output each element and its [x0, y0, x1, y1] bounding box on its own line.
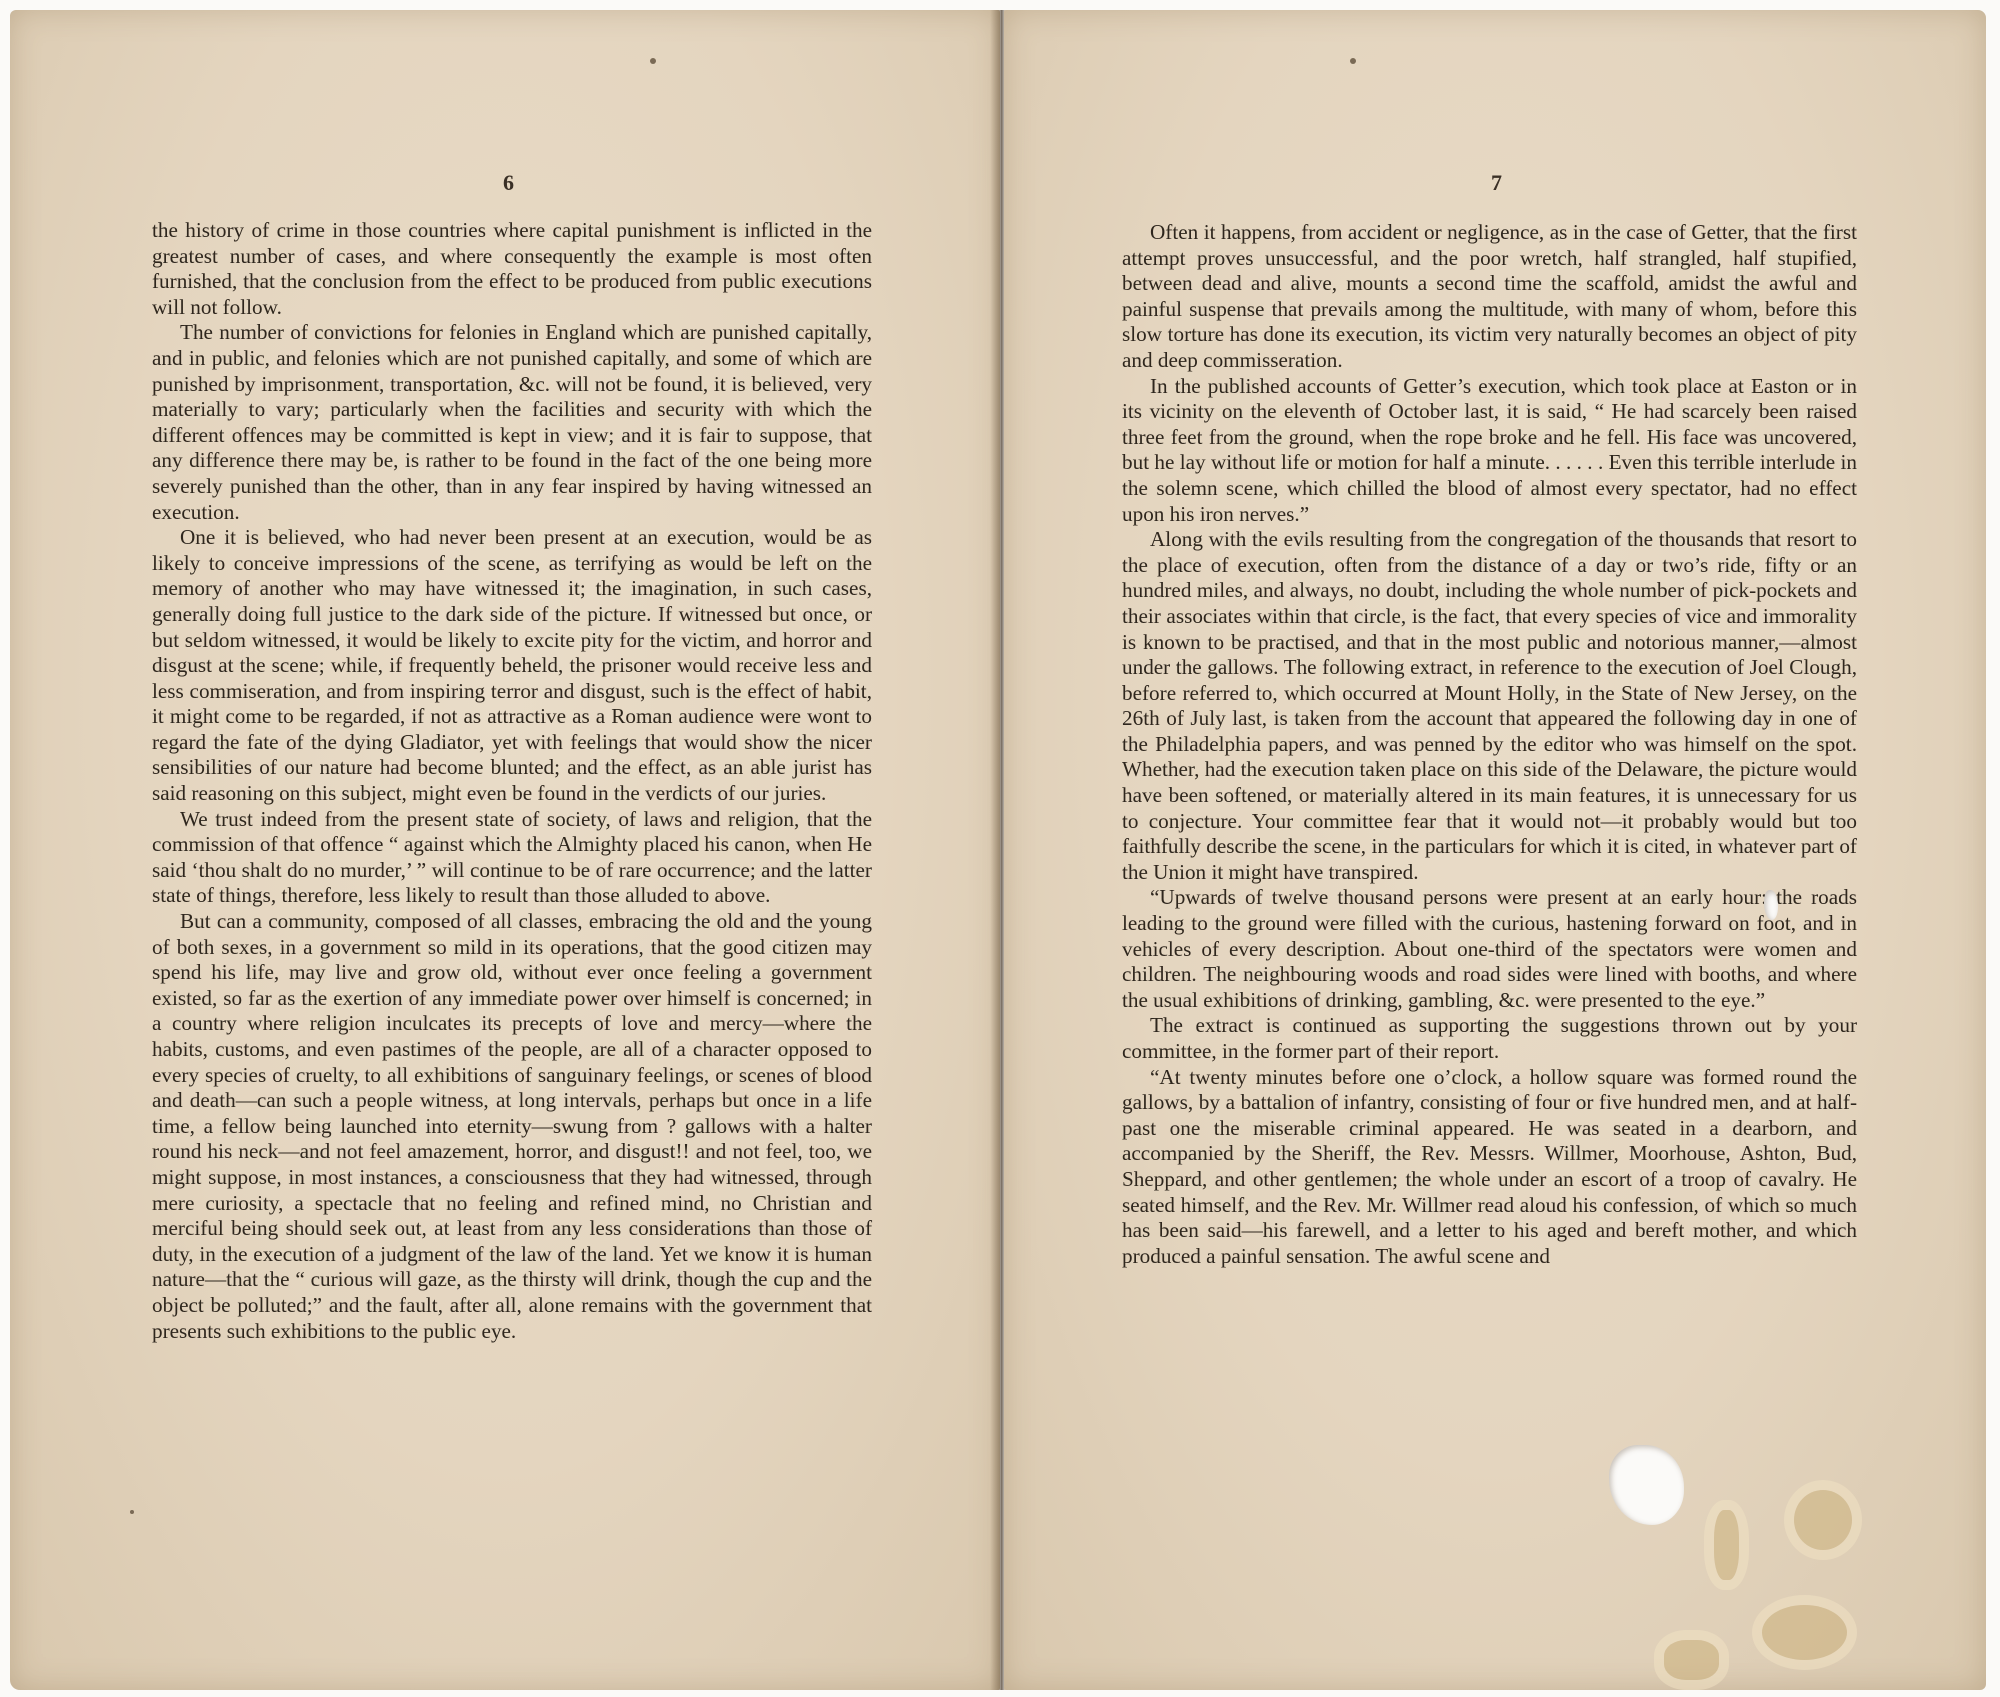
page-number: 7 — [1491, 170, 1502, 196]
paper-hole — [1609, 1445, 1684, 1525]
paragraph: In the published accounts of Getter’s ex… — [1122, 374, 1857, 528]
water-stain — [1664, 1640, 1719, 1680]
paragraph: The number of convictions for felonies i… — [152, 320, 872, 525]
paper-speck — [1350, 58, 1356, 64]
left-page-text: the history of crime in those countries … — [152, 218, 872, 1344]
paragraph: One it is believed, who had never been p… — [152, 525, 872, 807]
page-number: 6 — [503, 170, 514, 196]
paragraph: “Upwards of twelve thousand persons were… — [1122, 885, 1857, 1013]
paragraph: the history of crime in those countries … — [152, 218, 872, 320]
water-stain — [1794, 1490, 1852, 1550]
paper-speck — [130, 1510, 134, 1514]
paragraph: Along with the evils resulting from the … — [1122, 527, 1857, 885]
paragraph: But can a community, composed of all cla… — [152, 909, 872, 1344]
water-stain — [1762, 1605, 1847, 1660]
paragraph: “At twenty minutes before one o’clock, a… — [1122, 1065, 1857, 1270]
paragraph: Often it happens, from accident or negli… — [1122, 220, 1857, 374]
paragraph: The extract is continued as supporting t… — [1122, 1013, 1857, 1064]
right-page: 7 Often it happens, from accident or neg… — [1004, 10, 1986, 1690]
paper-hole — [1764, 890, 1778, 920]
paragraph: We trust indeed from the present state o… — [152, 807, 872, 909]
left-page: 6 the history of crime in those countrie… — [10, 10, 1000, 1690]
paper-speck — [650, 58, 656, 64]
right-page-text: Often it happens, from accident or negli… — [1122, 220, 1857, 1269]
water-stain — [1714, 1510, 1739, 1580]
